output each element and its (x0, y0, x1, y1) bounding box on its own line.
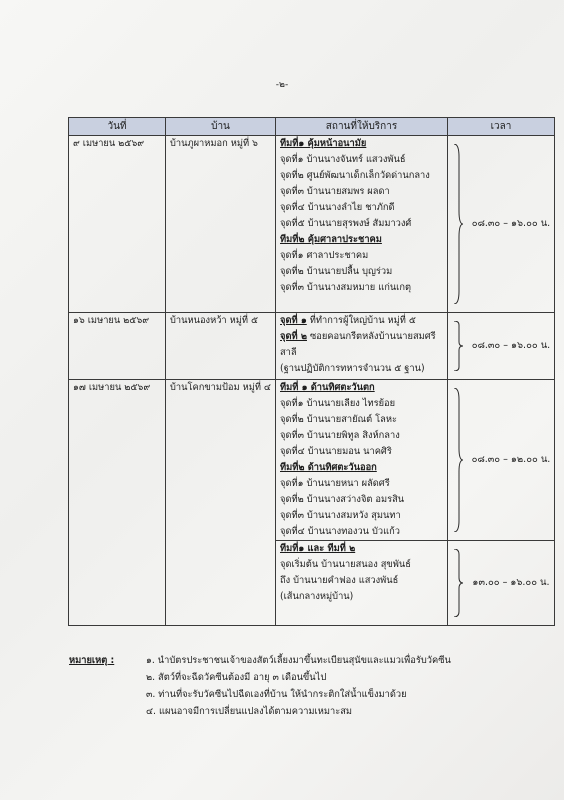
service-point: จุดที่ ๒ ซอยคอนกรีตหลังบ้านนายสมศรี สาลี (280, 329, 443, 361)
service-point: จุดที่๓ บ้านนางสมหมาย แก่นเกตุ (280, 280, 443, 296)
time-range: ๐๘.๓๐ – ๑๒.๐๐ น. (468, 452, 554, 468)
service-point: จุดที่๑ บ้านนายหนา ผลัดศรี (280, 476, 443, 492)
team-heading: ทีมที่๒ ด้านทิศตะวันออก (280, 460, 443, 476)
service-point: จุดที่๑ บ้านนายเลียง ไทรย้อย (280, 396, 443, 412)
header-service-location: สถานที่ให้บริการ (276, 118, 448, 136)
time-cell: ๐๘.๓๐ – ๑๖.๐๐ น. (448, 136, 555, 313)
places-cell: จุดที่ ๑ ที่ทำการผู้ใหญ่บ้าน หมู่ที่ ๕ จ… (276, 313, 448, 380)
service-point: จุดที่๑ ศาลาประชาคม (280, 248, 443, 264)
team-heading: ทีมที่๒ คุ้มศาลาประชาคม (280, 232, 443, 248)
places-cell: ทีมที่ ๑ ด้านทิศตะวันตก จุดที่๑ บ้านนายเ… (276, 380, 448, 541)
header-time: เวลา (448, 118, 555, 136)
notes-label: หมายเหตุ : (69, 652, 139, 669)
brace-icon (453, 321, 463, 371)
team-heading: ทีมที่๑ คุ้มหน้าอนามัย (280, 136, 443, 152)
service-point: จุดที่๓ บ้านนายสมพร ผลดา (280, 184, 443, 200)
time-range: ๐๘.๓๐ – ๑๖.๐๐ น. (468, 338, 554, 354)
note-item: ๔. แผนอาจมีการเปลี่ยนแปลงได้ตามความเหมาะ… (146, 703, 451, 720)
note-item: ๑. นำบัตรประชาชนเจ้าของสัตว์เลี้ยงมาขึ้น… (146, 652, 451, 669)
team-heading: ทีมที่ ๑ ด้านทิศตะวันตก (280, 380, 443, 396)
service-point: จุดที่๒ บ้านนายปลื้น บุญร่วม (280, 264, 443, 280)
service-point: จุดที่๒ บ้านนายสายัณต์ โลหะ (280, 412, 443, 428)
service-point: จุดที่ ๑ ที่ทำการผู้ใหญ่บ้าน หมู่ที่ ๕ (280, 313, 443, 329)
time-cell: ๐๘.๓๐ – ๑๒.๐๐ น. (448, 380, 555, 541)
village-cell: บ้านภูผาหมอก หมู่ที่ ๖ (166, 136, 276, 313)
team-heading: ทีมที่๑ และ ทีมที่ ๒ (280, 541, 443, 557)
service-point: จุดเริ่มต้น บ้านนายสนอง สุขพันธ์ (280, 557, 443, 573)
service-point: จุดที่๓ บ้านนายพิทูล สิงห์กลาง (280, 428, 443, 444)
time-cell: ๐๘.๓๐ – ๑๖.๐๐ น. (448, 313, 555, 380)
service-point: จุดที่๒ บ้านนางสว่างจิต อมรสิน (280, 492, 443, 508)
table-row: ๑๗ เมษายน ๒๕๖๙ บ้านโคกขามป้อม หมู่ที่ ๔ … (69, 380, 555, 541)
brace-icon (453, 388, 463, 532)
service-point: จุดที่๔ บ้านนางทองวน บัวแก้ว (280, 524, 443, 540)
service-point: จุดที่๔ บ้านนางลำไย ชาภักดี (280, 200, 443, 216)
point-label: จุดที่ ๒ (280, 331, 307, 342)
note-item: ๒. สัตว์ที่จะฉีดวัคซีนต้องมี อายุ ๓ เดือ… (146, 669, 451, 686)
village-cell: บ้านโคกขามป้อม หมู่ที่ ๔ (166, 380, 276, 626)
brace-icon (453, 144, 463, 304)
service-point: จุดที่๑ บ้านนางจันทร์ แสวงพันธ์ (280, 152, 443, 168)
table-row: ๙ เมษายน ๒๕๖๙ บ้านภูผาหมอก หมู่ที่ ๖ ทีม… (69, 136, 555, 313)
time-cell: ๑๓.๐๐ – ๑๖.๐๐ น. (448, 541, 555, 626)
date-cell: ๑๗ เมษายน ๒๕๖๙ (69, 380, 166, 626)
service-point: (เส้นกลางหมู่บ้าน) (280, 589, 443, 605)
table-header-row: วันที่ บ้าน สถานที่ให้บริการ เวลา (69, 118, 555, 136)
date-cell: ๑๖ เมษายน ๒๕๖๙ (69, 313, 166, 380)
service-point: จุดที่๒ ศูนย์พัฒนาเด็กเล็กวัดด่านกลาง (280, 168, 443, 184)
service-point: จุดที่๓ บ้านนางสมหวัง สุมนทา (280, 508, 443, 524)
date-cell: ๙ เมษายน ๒๕๖๙ (69, 136, 166, 313)
schedule-table: วันที่ บ้าน สถานที่ให้บริการ เวลา ๙ เมษา… (68, 117, 555, 626)
time-range: ๑๓.๐๐ – ๑๖.๐๐ น. (468, 575, 554, 591)
service-point: จุดที่๔ บ้านนายมอน นาคศิริ (280, 444, 443, 460)
places-cell: ทีมที่๑ และ ทีมที่ ๒ จุดเริ่มต้น บ้านนาย… (276, 541, 448, 626)
notes-section: หมายเหตุ : ๑. นำบัตรประชาชนเจ้าของสัตว์เ… (69, 652, 451, 720)
service-note: (ฐานปฏิบัติการทหารจำนวน ๕ ฐาน) (280, 361, 443, 377)
table-row: ๑๖ เมษายน ๒๕๖๙ บ้านหนองหว้า หมู่ที่ ๕ จุ… (69, 313, 555, 380)
header-date: วันที่ (69, 118, 166, 136)
note-item: ๓. ท่านที่จะรับวัคซีนไปฉีดเองที่บ้าน ให้… (146, 686, 451, 703)
places-cell: ทีมที่๑ คุ้มหน้าอนามัย จุดที่๑ บ้านนางจั… (276, 136, 448, 313)
time-range: ๐๘.๓๐ – ๑๖.๐๐ น. (468, 216, 554, 232)
service-point: ถึง บ้านนายคำฟอง แสวงพันธ์ (280, 573, 443, 589)
header-village: บ้าน (166, 118, 276, 136)
village-cell: บ้านหนองหว้า หมู่ที่ ๕ (166, 313, 276, 380)
brace-icon (453, 549, 463, 617)
page-number: -๒- (0, 77, 564, 91)
point-label: จุดที่ ๑ (280, 315, 307, 326)
service-point: จุดที่๕ บ้านนายสุรพงษ์ สัมมาวงศ์ (280, 216, 443, 232)
